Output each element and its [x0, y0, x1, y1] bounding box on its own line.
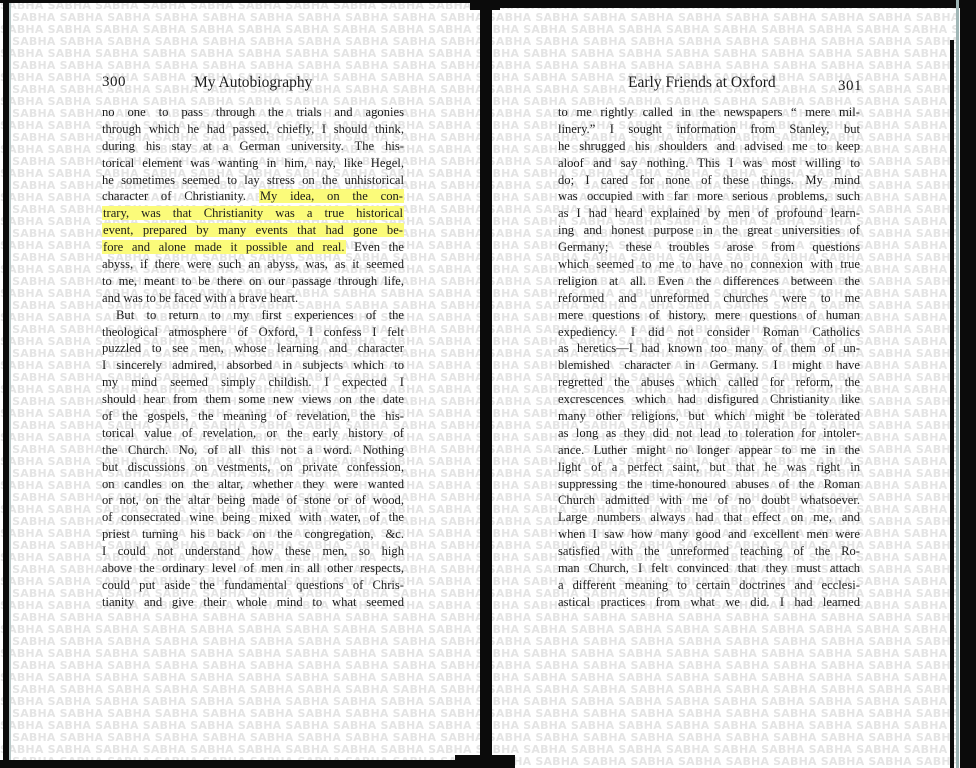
line-text: on candles on the altar, whether they we…	[102, 477, 404, 491]
line-text: torical element was wanting in him, nay,…	[102, 156, 404, 170]
bottom-edge-left	[0, 760, 480, 768]
line-text: puzzled to see men, whose learning and c…	[102, 341, 404, 355]
right-page-edge-inner	[950, 40, 954, 768]
text-line: satisfied with the unreformed teaching o…	[558, 543, 860, 560]
text-line: ance. Luther might no longer appear to m…	[558, 442, 860, 459]
highlighted-text: My idea, on the con-	[259, 189, 404, 203]
line-text: light of a perfect saint, but that he wa…	[558, 460, 860, 474]
text-line: event, prepared by many events that had …	[102, 222, 404, 239]
line-text: to me rightly called in the newspapers “…	[558, 105, 860, 119]
text-line: abyss, if there were such an abyss, was,…	[102, 256, 404, 273]
text-line: which seemed to me to have no connexion …	[558, 256, 860, 273]
line-text: should hear from them some new views on …	[102, 392, 404, 406]
line-text: I could not understand how these men, so…	[102, 544, 404, 558]
line-text: my mind seemed simply childish. I expect…	[102, 375, 404, 389]
line-text: of consecrated wine being mixed with wat…	[102, 510, 404, 524]
line-text: reformed and unreformed churches were to…	[558, 291, 860, 305]
line-text: satisfied with the unreformed teaching o…	[558, 544, 860, 558]
line-text: or not, on the altar being made of stone…	[102, 493, 404, 507]
text-line: Germany; these troubles arose from quest…	[558, 239, 860, 256]
text-line: tianity and give their whole mind to wha…	[102, 594, 404, 611]
text-line: through which he had passed, chiefly, I …	[102, 121, 404, 138]
line-text: as long as they did not lead to tolerati…	[558, 426, 860, 440]
top-edge-right	[490, 0, 976, 8]
book-scan: SABHA SABHA SABHA SABHA SABHA SABHA SABH…	[0, 0, 976, 768]
line-text: ing and honest purpose in the great univ…	[558, 223, 860, 237]
text-line: of the gospels, the meaning of revelatio…	[102, 408, 404, 425]
text-line: ing and honest purpose in the great univ…	[558, 222, 860, 239]
line-text: of the gospels, the meaning of revelatio…	[102, 409, 404, 423]
text-line: Large numbers always had that effect on …	[558, 509, 860, 526]
text-line: religion at all. Even the differences be…	[558, 273, 860, 290]
line-text: Church admitted with me of no doubt what…	[558, 493, 860, 507]
text-line: torical value of revelation, or the earl…	[102, 425, 404, 442]
top-edge-left	[0, 0, 480, 3]
line-text: above the ordinary level of men in all o…	[102, 561, 404, 575]
line-text: the Church. No, of all this not a word. …	[102, 443, 404, 457]
line-text: Even the	[346, 240, 404, 254]
text-line: should hear from them some new views on …	[102, 391, 404, 408]
line-text: as I had heard explained by men of profo…	[558, 206, 860, 220]
line-text: during his stay at a German university. …	[102, 139, 404, 153]
line-text: mere questions of history, mere question…	[558, 308, 860, 322]
text-line: priest turning his back on the congregat…	[102, 526, 404, 543]
left-page: 300 My Autobiography no one to pass thro…	[102, 72, 404, 611]
text-line: was occupied with far more serious probl…	[558, 188, 860, 205]
line-text: But to return to my first experiences of…	[116, 308, 404, 322]
text-line: I sincerely admired, absorbed in subject…	[102, 357, 404, 374]
text-line: my mind seemed simply childish. I expect…	[102, 374, 404, 391]
running-head: 300 My Autobiography	[102, 72, 404, 96]
text-line: I could not understand how these men, so…	[102, 543, 404, 560]
text-line: or not, on the altar being made of stone…	[102, 492, 404, 509]
line-text: suppressing the time-honoured abuses of …	[558, 477, 860, 491]
running-head-title: My Autobiography	[194, 74, 312, 92]
running-head-title: Early Friends at Oxford	[628, 74, 776, 92]
line-text: which seemed to me to have no connexion …	[558, 257, 860, 271]
line-text: Large numbers always had that effect on …	[558, 510, 860, 524]
text-line: fore and alone made it possible and real…	[102, 239, 404, 256]
page-number: 300	[102, 74, 126, 91]
line-text: blemished character in Germany. I might …	[558, 358, 860, 372]
line-text: through which he had passed, chiefly, I …	[102, 122, 404, 136]
line-text: he sometimes seemed to lay stress on the…	[102, 173, 404, 187]
line-text: many other religions, but which might be…	[558, 409, 860, 423]
line-text: character of Christianity.	[102, 189, 259, 203]
text-line: theological atmosphere of Oxford, I conf…	[102, 324, 404, 341]
line-text: but discussions on vestments, on private…	[102, 460, 404, 474]
left-page-edge-highlight	[9, 0, 11, 768]
line-text: regretted the abuses which called for re…	[558, 375, 860, 389]
text-line: no one to pass through the trials and ag…	[102, 104, 404, 121]
text-line: on candles on the altar, whether they we…	[102, 476, 404, 493]
text-line: he sometimes seemed to lay stress on the…	[102, 172, 404, 189]
line-text: and was to be faced with a brave heart.	[102, 291, 298, 305]
line-text: a different meaning to certain doctrines…	[558, 578, 860, 592]
text-line: as I had heard explained by men of profo…	[558, 205, 860, 222]
line-text: man Church, I felt convinced that they m…	[558, 561, 860, 575]
highlighted-text: trary, was that Christianity was a true …	[102, 206, 404, 220]
line-text: he shrugged his shoulders and advised me…	[558, 139, 860, 153]
text-line: mere questions of history, mere question…	[558, 307, 860, 324]
text-line: man Church, I felt convinced that they m…	[558, 560, 860, 577]
page-number: 301	[838, 78, 862, 95]
text-line: light of a perfect saint, but that he wa…	[558, 459, 860, 476]
text-line: above the ordinary level of men in all o…	[102, 560, 404, 577]
gutter-top	[470, 0, 500, 10]
text-line: trary, was that Christianity was a true …	[102, 205, 404, 222]
line-text: when I saw how many good and excellent m…	[558, 527, 860, 541]
text-line: of consecrated wine being mixed with wat…	[102, 509, 404, 526]
line-text: aloof and say nothing. This I was most w…	[558, 156, 860, 170]
text-line: to me rightly called in the newspapers “…	[558, 104, 860, 121]
line-text: was occupied with far more serious probl…	[558, 189, 860, 203]
body-text: no one to pass through the trials and ag…	[102, 104, 404, 611]
text-line: reformed and unreformed churches were to…	[558, 290, 860, 307]
line-text: expediency. I did not consider Roman Cat…	[558, 325, 860, 339]
text-line: suppressing the time-honoured abuses of …	[558, 476, 860, 493]
right-page-edge-highlight	[956, 0, 959, 768]
text-line: torical element was wanting in him, nay,…	[102, 155, 404, 172]
text-line: do; I cared for none of these things. My…	[558, 172, 860, 189]
text-line: as heretics—I had known too many of them…	[558, 340, 860, 357]
text-line: but discussions on vestments, on private…	[102, 459, 404, 476]
text-line: blemished character in Germany. I might …	[558, 357, 860, 374]
text-line: during his stay at a German university. …	[102, 138, 404, 155]
line-text: could put aside the fundamental question…	[102, 578, 404, 592]
line-text: as heretics—I had known too many of them…	[558, 341, 860, 355]
line-text: ance. Luther might no longer appear to m…	[558, 443, 860, 457]
line-text: abyss, if there were such an abyss, was,…	[102, 257, 404, 271]
line-text: tianity and give their whole mind to wha…	[102, 595, 404, 609]
highlighted-text: fore and alone made it possible and real…	[102, 240, 346, 254]
text-line: he shrugged his shoulders and advised me…	[558, 138, 860, 155]
line-text: religion at all. Even the differences be…	[558, 274, 860, 288]
highlighted-text: event, prepared by many events that had …	[102, 223, 404, 237]
line-text: torical value of revelation, or the earl…	[102, 426, 404, 440]
line-text: excrescences which had disfigured Christ…	[558, 392, 860, 406]
text-line: and was to be faced with a brave heart.	[102, 290, 404, 307]
text-line: linery.” I sought information from Stanl…	[558, 121, 860, 138]
text-line: to me, meant to be there on our passage …	[102, 273, 404, 290]
text-line: the Church. No, of all this not a word. …	[102, 442, 404, 459]
text-line: many other religions, but which might be…	[558, 408, 860, 425]
right-page-edge-shadow	[960, 0, 976, 768]
line-text: to me, meant to be there on our passage …	[102, 274, 404, 288]
line-text: theological atmosphere of Oxford, I conf…	[102, 325, 404, 339]
text-line: Church admitted with me of no doubt what…	[558, 492, 860, 509]
line-text: I sincerely admired, absorbed in subject…	[102, 358, 404, 372]
line-text: linery.” I sought information from Stanl…	[558, 122, 860, 136]
text-line: puzzled to see men, whose learning and c…	[102, 340, 404, 357]
text-line: excrescences which had disfigured Christ…	[558, 391, 860, 408]
text-line: astical practices from what we did. I ha…	[558, 594, 860, 611]
line-text: priest turning his back on the congregat…	[102, 527, 404, 541]
text-line: a different meaning to certain doctrines…	[558, 577, 860, 594]
line-text: do; I cared for none of these things. My…	[558, 173, 860, 187]
text-line: as long as they did not lead to tolerati…	[558, 425, 860, 442]
text-line: aloof and say nothing. This I was most w…	[558, 155, 860, 172]
book-gutter	[480, 0, 492, 768]
right-page: Early Friends at Oxford 301 to me rightl…	[558, 72, 860, 611]
text-line: regretted the abuses which called for re…	[558, 374, 860, 391]
line-text: astical practices from what we did. I ha…	[558, 595, 860, 609]
text-line: But to return to my first experiences of…	[102, 307, 404, 324]
text-line: when I saw how many good and excellent m…	[558, 526, 860, 543]
line-text: Germany; these troubles arose from quest…	[558, 240, 860, 254]
text-line: character of Christianity. My idea, on t…	[102, 188, 404, 205]
text-line: could put aside the fundamental question…	[102, 577, 404, 594]
line-text: no one to pass through the trials and ag…	[102, 105, 404, 119]
text-line: expediency. I did not consider Roman Cat…	[558, 324, 860, 341]
running-head: Early Friends at Oxford 301	[558, 72, 860, 96]
body-text: to me rightly called in the newspapers “…	[558, 104, 860, 611]
